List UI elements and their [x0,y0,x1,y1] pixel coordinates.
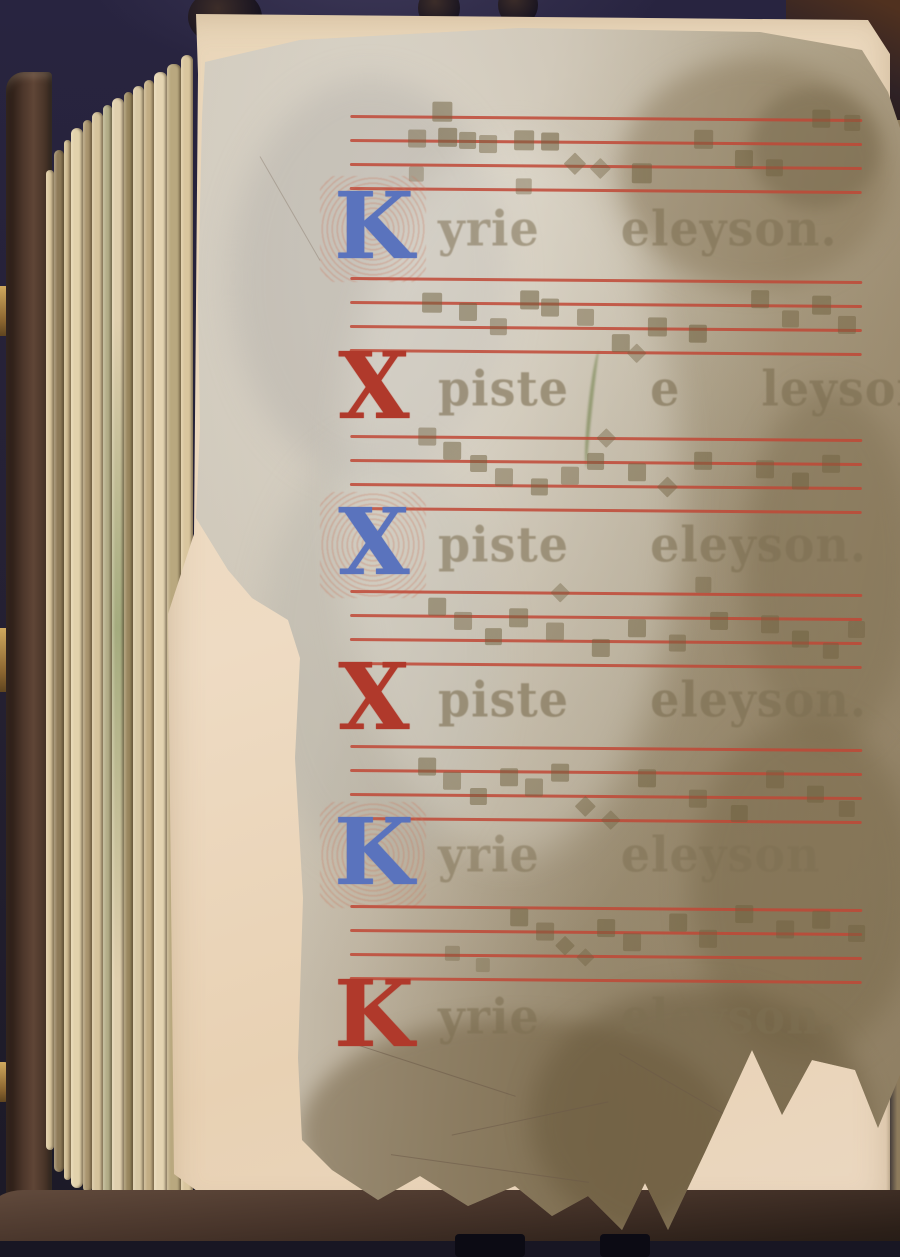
neume [536,922,554,940]
neume [422,293,442,313]
neume [699,930,717,948]
neume [577,309,594,326]
illuminated-initial: K [328,810,420,894]
neume [694,452,712,470]
page-edge-leaf [64,140,71,1180]
neume [730,805,747,822]
staff-line [350,662,862,669]
neume [838,801,854,817]
music-staff [350,115,863,197]
neume [514,130,534,150]
neume [782,310,799,327]
neume [766,159,783,176]
neume [844,115,860,131]
neume [657,476,678,497]
neume [561,467,579,485]
neume [408,129,426,147]
neume [735,905,753,923]
neume [822,455,840,473]
neume [669,635,686,652]
neume [546,623,564,641]
neume [792,472,809,489]
chant-text: yrie eleyson. [438,200,838,257]
illuminated-initial: X [328,500,420,584]
manuscript-photo: Kyrie eleyson.Xpiste e leyson.Xpiste ele… [0,0,900,1257]
page-edge-leaf [83,120,92,1192]
music-staff [350,435,863,517]
neume [648,317,667,336]
page-edge-leaf [112,98,124,1202]
neume [459,132,476,149]
neume [823,643,839,659]
chant-text: piste eleyson. [438,671,867,728]
staff-line [350,483,862,490]
music-staff [350,590,863,672]
neume [476,958,490,972]
neume [459,303,477,321]
neume [531,478,548,495]
page-edge-leaf [133,86,144,1207]
neume [495,468,513,486]
neume [628,463,646,481]
staff-line [350,507,862,514]
book-foot [455,1234,525,1257]
book-foot [600,1234,650,1257]
neume [592,639,610,657]
staff-line [350,459,862,466]
chant-text: yrie eleyson [438,826,820,883]
neume [751,290,769,308]
neume [575,796,596,817]
neume [418,428,436,446]
neume [812,296,831,315]
neume [587,453,604,470]
neume [694,130,713,149]
chant-text: piste e leyson. [438,360,900,417]
illuminated-initial: K [328,972,420,1056]
neume [689,790,707,808]
neume [848,925,865,942]
neume [590,158,611,179]
neume [807,786,824,803]
neume [555,936,575,956]
music-staff [350,905,863,987]
neume [418,758,436,776]
neume [576,948,594,966]
page-edge-leaf [124,92,133,1205]
neume [509,608,528,627]
neume [541,132,559,150]
neume [766,770,784,788]
neume [812,110,830,128]
illuminated-initial: X [328,344,420,428]
neume [612,334,630,352]
neume [848,621,865,638]
neume [669,914,687,932]
neume [443,772,461,790]
neume [469,788,486,805]
neume [776,920,794,938]
neume [444,442,462,460]
neume [710,612,728,630]
chant-text: yrie eleyson. [438,988,838,1045]
staff-line [350,614,862,621]
neume [445,946,460,961]
music-staff [350,277,863,359]
staff-line [350,953,862,960]
illuminated-initial: X [328,655,420,739]
neume [689,325,707,343]
staff-line [350,977,862,984]
neume [470,455,487,472]
music-staff [350,745,863,827]
neume [485,628,502,645]
neume [479,135,497,153]
illuminated-initial: K [328,184,420,268]
neume [756,460,774,478]
page-edge-leaf [103,105,112,1199]
page-edge-leaf [54,150,64,1172]
neume [454,612,472,630]
chant-text: piste eleyson. [438,516,867,573]
neume [597,919,615,937]
neume [761,615,779,633]
neume [510,908,528,926]
page-edge-leaf [154,72,167,1211]
neume [500,768,518,786]
page-edge-leaf [46,170,54,1150]
neume [632,163,652,183]
staff-line [350,793,862,800]
neume [432,102,452,122]
neume [628,619,646,637]
page-edge-leaf [92,112,103,1196]
neume [551,764,569,782]
page-edge-leaf [144,80,154,1209]
neume [792,630,809,647]
neume [438,128,457,147]
neume [838,316,856,334]
neume [564,152,587,175]
neume [623,933,641,951]
neume [525,778,543,796]
neume [696,577,712,593]
staff-line [350,139,862,146]
staff-line [350,187,862,194]
neume [541,298,559,316]
staff-line [350,349,862,356]
neume [812,911,830,929]
neume [490,318,507,335]
table-surface [0,1241,900,1257]
neume [520,290,539,309]
neume [638,769,656,787]
neume [428,598,446,616]
neume [735,150,753,168]
neume [516,178,532,194]
page-edge-leaf [71,128,83,1188]
